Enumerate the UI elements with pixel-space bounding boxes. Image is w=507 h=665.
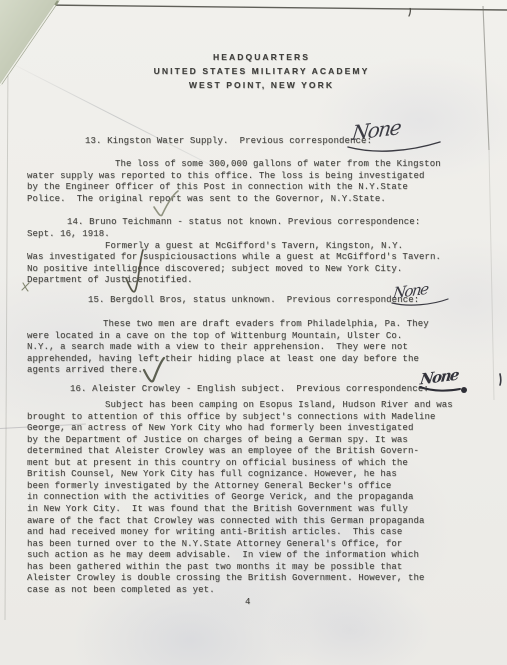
section-13-body-line: Police. The original report was sent to … — [27, 194, 386, 204]
section-16-body-line: in connection with the activities of Geo… — [27, 492, 413, 502]
section-16-body-line: has been turned over to the N.Y.State At… — [27, 539, 402, 549]
section-16-heading: 16. Aleister Crowley - English subject. … — [70, 384, 429, 394]
section-16-body-line: ment but at present in this country on o… — [27, 458, 408, 468]
section-16-body-line: Aleister Crowley is double crossing the … — [27, 573, 425, 583]
section-16-body-line: George, an actress of New York City who … — [27, 423, 413, 433]
section-14-body-line: Formerly a guest at McGifford's Tavern, … — [105, 241, 403, 251]
section-14-body-line: Was investigated for suspiciousactions w… — [27, 252, 441, 262]
paper-right-edge — [476, 0, 507, 420]
section-16-body-line: in New York City. It was found that the … — [27, 504, 408, 514]
handwritten-none-annotation-15: None — [392, 280, 429, 303]
section-15-body-line: were located in a cave on the top of Wit… — [27, 331, 402, 341]
section-13-heading: 13. Kingston Water Supply. Previous corr… — [85, 136, 372, 146]
handwritten-none-annotation-13: None — [351, 115, 402, 145]
letterhead-line3: WEST POINT, NEW YORK — [16, 80, 507, 90]
section-16-body-line: brought to attention of this office by s… — [27, 412, 436, 422]
section-15-body-line: These two men are draft evaders from Phi… — [103, 319, 429, 329]
section-15-body-line: N.Y., a search made with a view to their… — [27, 342, 408, 352]
section-14-body-line: No positive intelligence discovered; sub… — [27, 264, 402, 274]
section-13-body-line: The loss of some 300,000 gallons of wate… — [115, 159, 441, 169]
letterhead-line1: HEADQUARTERS — [16, 52, 507, 62]
section-15-body-line: agents arrived there. — [27, 365, 143, 375]
section-16-body-line: case as not been completed as yet. — [27, 585, 215, 595]
handwritten-none-annotation-16: None — [419, 365, 459, 388]
section-16-body-line: been formerly investigated by the Attorn… — [27, 481, 391, 491]
paper-top-edge — [0, 0, 507, 16]
scanned-document-page: HEADQUARTERS UNITED STATES MILITARY ACAD… — [0, 0, 507, 665]
section-14-body-line: Sept. 16, 1918. — [27, 229, 110, 239]
pen-tick-mark — [496, 372, 506, 388]
section-15-body-line: apprehended, having left their hiding pl… — [27, 354, 419, 364]
section-16-body-line: by the Department of Justice on charges … — [27, 435, 408, 445]
section-16-body-line: determined that Aleister Crowley was an … — [27, 446, 419, 456]
paper-left-edge — [0, 40, 16, 650]
section-16-body-line: British Counsel, New York City has full … — [27, 469, 397, 479]
section-16-body-line: Subject has been camping on Esopus Islan… — [105, 400, 453, 410]
section-16-body-line: has been gathered within the past two mo… — [27, 562, 402, 572]
pen-stray-mark — [404, 4, 416, 20]
section-16-body-line: such action as he may deem advisable. In… — [27, 550, 419, 560]
section-15-heading: 15. Bergdoll Bros, status unknown. Previ… — [88, 295, 419, 305]
section-13-body-line: by the Engineer Officer of this Post in … — [27, 182, 408, 192]
section-14-heading: 14. Bruno Teichmann - status not known. … — [67, 217, 420, 227]
section-14-body-line: Department of Justicenotified. — [27, 275, 193, 285]
section-13-body-line: water supply was reported to this office… — [27, 171, 425, 181]
letterhead-line2: UNITED STATES MILITARY ACADEMY — [16, 66, 507, 76]
page-number: 4 — [245, 597, 250, 607]
section-16-body-line: and had received money for writing anti-… — [27, 527, 402, 537]
section-16-body-line: aware of the fact that Crowley was conne… — [27, 516, 425, 526]
